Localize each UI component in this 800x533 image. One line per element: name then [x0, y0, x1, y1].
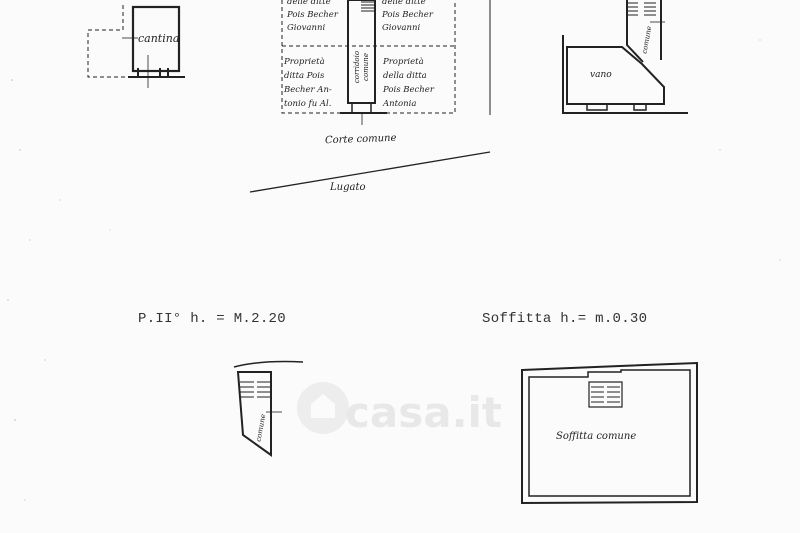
upper-left-owner: delle ditte Pois Becher Giovanni — [287, 0, 347, 35]
text-line: Giovanni — [287, 22, 347, 35]
cantina-block — [88, 5, 185, 88]
corridor-label: corridoio comune — [353, 27, 371, 107]
text-line: Pois Becher — [383, 83, 453, 97]
text-line: tonio fu Al. — [284, 97, 348, 111]
text-line: della ditta — [383, 69, 453, 83]
text-line: delle ditte — [287, 0, 347, 9]
second-floor-block — [234, 362, 303, 455]
text-line: Pois Becher — [287, 9, 347, 22]
watermark — [297, 382, 349, 434]
lower-left-owner: Proprietà ditta Pois Becher An- tonio fu… — [284, 55, 348, 111]
text-line: Proprietà — [284, 55, 348, 69]
vano-label: vano — [590, 70, 612, 80]
text-line: comune — [362, 27, 371, 107]
text-line: corridoio — [353, 27, 362, 107]
lower-right-owner: Proprietà della ditta Pois Becher Antoni… — [383, 55, 453, 111]
vano-block — [563, 0, 688, 113]
text-line: Antonia — [383, 97, 453, 111]
text-line: Pois Becher — [382, 9, 452, 22]
second-floor-label: P.II° h. = M.2.20 — [138, 311, 286, 327]
text-line: delle ditte — [382, 0, 452, 9]
attic-room-label: Soffitta comune — [556, 431, 636, 442]
road-label: Lugato — [330, 182, 365, 193]
text-line: Proprietà — [383, 55, 453, 69]
cantina-label: cantina — [138, 32, 179, 45]
text-line: ditta Pois — [284, 69, 348, 83]
text-line: Becher An- — [284, 83, 348, 97]
upper-right-owner: delle ditte Pois Becher Giovanni — [382, 0, 452, 35]
attic-floor-label: Soffitta h.= m.0.30 — [482, 311, 647, 327]
text-line: Giovanni — [382, 22, 452, 35]
watermark-text: casa.it — [345, 388, 502, 437]
